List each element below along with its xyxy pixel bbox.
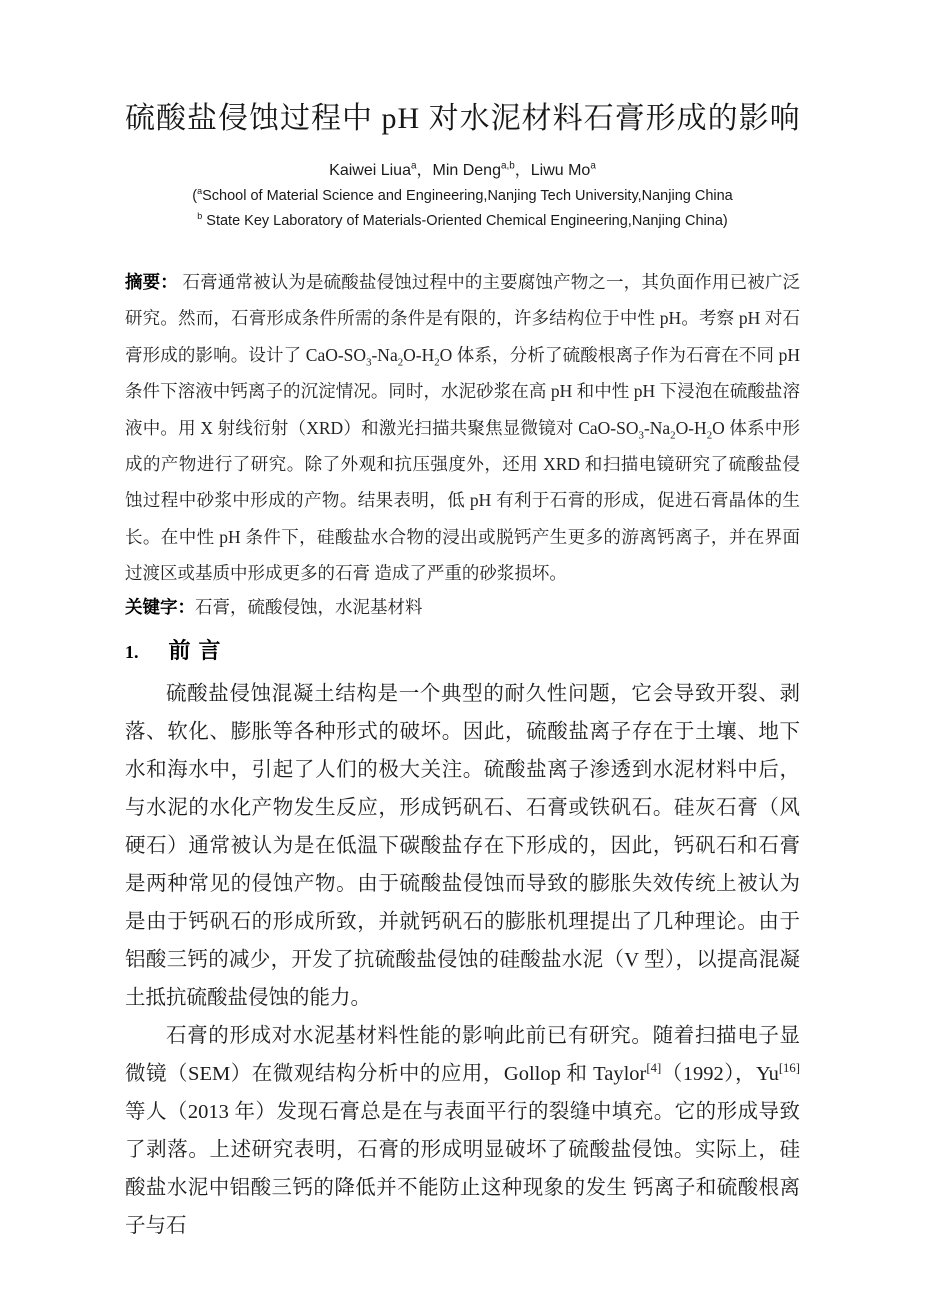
section-1-paragraph-2: 石膏的形成对水泥基材料性能的影响此前已有研究。随着扫描电子显微镜（SEM）在微观…	[125, 1017, 800, 1245]
keywords-label: 关键字：	[125, 597, 195, 617]
section-1-paragraph-1: 硫酸盐侵蚀混凝土结构是一个典型的耐久性问题，它会导致开裂、剥落、软化、膨胀等各种…	[125, 675, 800, 1017]
keywords-text: 石膏，硫酸侵蚀，水泥基材料	[195, 597, 423, 617]
section-1-heading: 1. 前言	[125, 634, 800, 665]
authors-line: Kaiwei Liuaa，Min Denga,b，Liwu Moa	[125, 158, 800, 184]
document-page: 硫酸盐侵蚀过程中 pH 对水泥材料石膏形成的影响 Kaiwei Liuaa，Mi…	[0, 0, 925, 1309]
section-1-number: 1.	[125, 642, 139, 663]
abstract-label: 摘要：	[125, 272, 178, 292]
keywords-line: 关键字：石膏，硫酸侵蚀，水泥基材料	[125, 592, 800, 622]
affiliation-line-2: b State Key Laboratory of Materials-Orie…	[125, 209, 800, 234]
paper-title: 硫酸盐侵蚀过程中 pH 对水泥材料石膏形成的影响	[125, 96, 800, 142]
abstract-text: 石膏通常被认为是硫酸盐侵蚀过程中的主要腐蚀产物之一，其负面作用已被广泛研究。然而…	[125, 272, 800, 583]
section-1-title: 前言	[169, 634, 229, 665]
abstract-paragraph: 摘要： 石膏通常被认为是硫酸盐侵蚀过程中的主要腐蚀产物之一，其负面作用已被广泛研…	[125, 264, 800, 592]
affiliation-line-1: (aSchool of Material Science and Enginee…	[125, 184, 800, 209]
